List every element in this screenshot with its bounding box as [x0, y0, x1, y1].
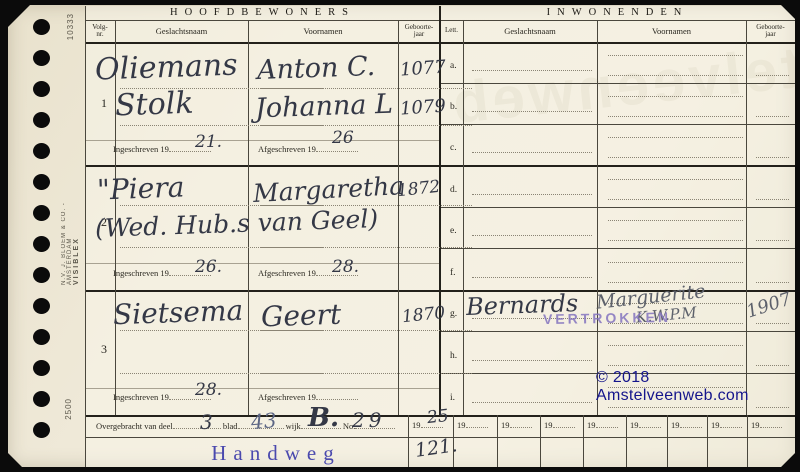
inwonenden-row-g: g. Bernards Marguerite K.W.P.M 1907 VERT…	[440, 290, 795, 331]
overgebracht-line: Overgebracht van deel blad wijk No.	[96, 421, 395, 431]
punch-hole	[33, 422, 50, 438]
footer-year-cell: 19	[667, 415, 707, 430]
footer-year-cell: 19	[747, 415, 795, 430]
punch-hole	[33, 391, 50, 407]
hoofdbewoners-block-1: 1 Oliemans Anton C. 1077 Stolk Johanna L…	[85, 42, 440, 165]
punch-hole	[33, 112, 50, 128]
colheader-volgnr: Volg- nr.	[85, 20, 115, 42]
hoofdbewoners-block-3: 3 Sietsema Geert 1870 Ingeschreven 19 Af…	[85, 290, 440, 415]
brand-name: VISIBLEX	[73, 165, 80, 285]
punch-hole	[33, 236, 50, 252]
surname-entry: Sietsema	[112, 294, 243, 332]
inwonenden-row-f: f.	[440, 248, 795, 290]
print-code: 2500	[64, 398, 73, 420]
colheader-voornamen-left: Voornamen	[248, 20, 398, 42]
punch-hole	[33, 360, 50, 376]
inwonenden-row-c: c.	[440, 124, 795, 165]
lodger-birthyear: 1907	[744, 288, 794, 322]
punch-hole	[33, 205, 50, 221]
ingeschreven-year: 28.	[195, 380, 222, 400]
punch-hole	[33, 174, 50, 190]
footer-year-cell: 19	[707, 415, 747, 430]
footer-year-cell: 19	[453, 415, 497, 430]
ingeschreven-year: 26.	[195, 257, 222, 277]
footer-year-cell: 19	[497, 415, 540, 430]
colheader-voornamen-right: Voornamen	[597, 20, 746, 42]
afgeschreven-label: Afgeschreven 19	[258, 392, 358, 402]
firstname-entry: Geert	[260, 298, 341, 334]
surname-entry: Stolk	[114, 86, 194, 124]
ingeschreven-year: 21.	[195, 132, 222, 152]
inwonenden-row-a: a.	[440, 42, 795, 83]
footer-year-cell: 19	[540, 415, 583, 430]
form-number: 10333	[66, 13, 75, 40]
street-name-stamp: Handweg	[176, 441, 376, 466]
colheader-geslachtsnaam-right: Geslachtsnaam	[463, 20, 597, 42]
footer-year-value: 25	[426, 406, 450, 428]
punch-hole	[33, 143, 50, 159]
colheader-geboortejaar-left: Geboorte- jaar	[398, 20, 440, 42]
blad-value: 43	[250, 408, 277, 434]
surname-entry: Oliemans	[94, 48, 238, 88]
birthyear-entry: 1872	[396, 177, 441, 201]
volgnr: 1	[101, 96, 107, 111]
deel-value: 3	[200, 410, 213, 434]
inwonenden-row-d: d.	[440, 165, 795, 207]
maiden-name-note: (Wed. Hub.s van Geel)	[95, 204, 379, 243]
inwonenden-row-b: b.	[440, 83, 795, 124]
manufacturer-imprint: N.V. J. BLOEM & CO. - AMSTERDAM VISIBLEX	[60, 165, 80, 285]
punch-hole	[33, 81, 50, 97]
afgeschreven-year: 28.	[332, 257, 359, 277]
vertrokken-stamp: VERTROKKEN	[543, 309, 671, 327]
manufacturer-name: N.V. J. BLOEM & CO. - AMSTERDAM	[61, 165, 73, 285]
inwonenden-row-h: h.	[440, 331, 795, 373]
punch-hole	[33, 329, 50, 345]
surname-entry: "Piera	[96, 170, 184, 206]
punch-hole	[33, 267, 50, 283]
register-card: Amstelveenweb 10333 2500 N.V. J. BLOEM &…	[8, 5, 795, 467]
section-title-inwonenden: INWONENDEN	[440, 7, 795, 20]
punch-hole	[33, 298, 50, 314]
volgnr: 3	[101, 342, 107, 357]
colheader-geslachtsnaam-left: Geslachtsnaam	[115, 20, 248, 42]
colheader-lett: Lett.	[440, 20, 463, 42]
colheader-geboortejaar-right: Geboorte- jaar	[746, 20, 795, 42]
footer-year-cell: 19	[583, 415, 626, 430]
inwonenden-row-e: e.	[440, 207, 795, 248]
firstname-entry: Johanna L	[255, 89, 394, 125]
firstname-entry: Anton C.	[256, 51, 375, 86]
firstname-entry: Margaretha	[252, 171, 404, 208]
wijk-value: B.	[308, 403, 339, 433]
footer-year-cell: 19	[626, 415, 667, 430]
no-value: 29	[352, 408, 385, 432]
punch-hole	[33, 50, 50, 66]
copyright-watermark: © 2018 Amstelveenweb.com	[596, 369, 795, 405]
punch-hole	[33, 19, 50, 35]
section-title-hoofdbewoners: HOOFDBEWONERS	[85, 7, 440, 20]
hoofdbewoners-block-2: 2 "Piera Margaretha 1872 (Wed. Hub.s van…	[85, 165, 440, 290]
afgeschreven-year: 26	[332, 128, 354, 148]
